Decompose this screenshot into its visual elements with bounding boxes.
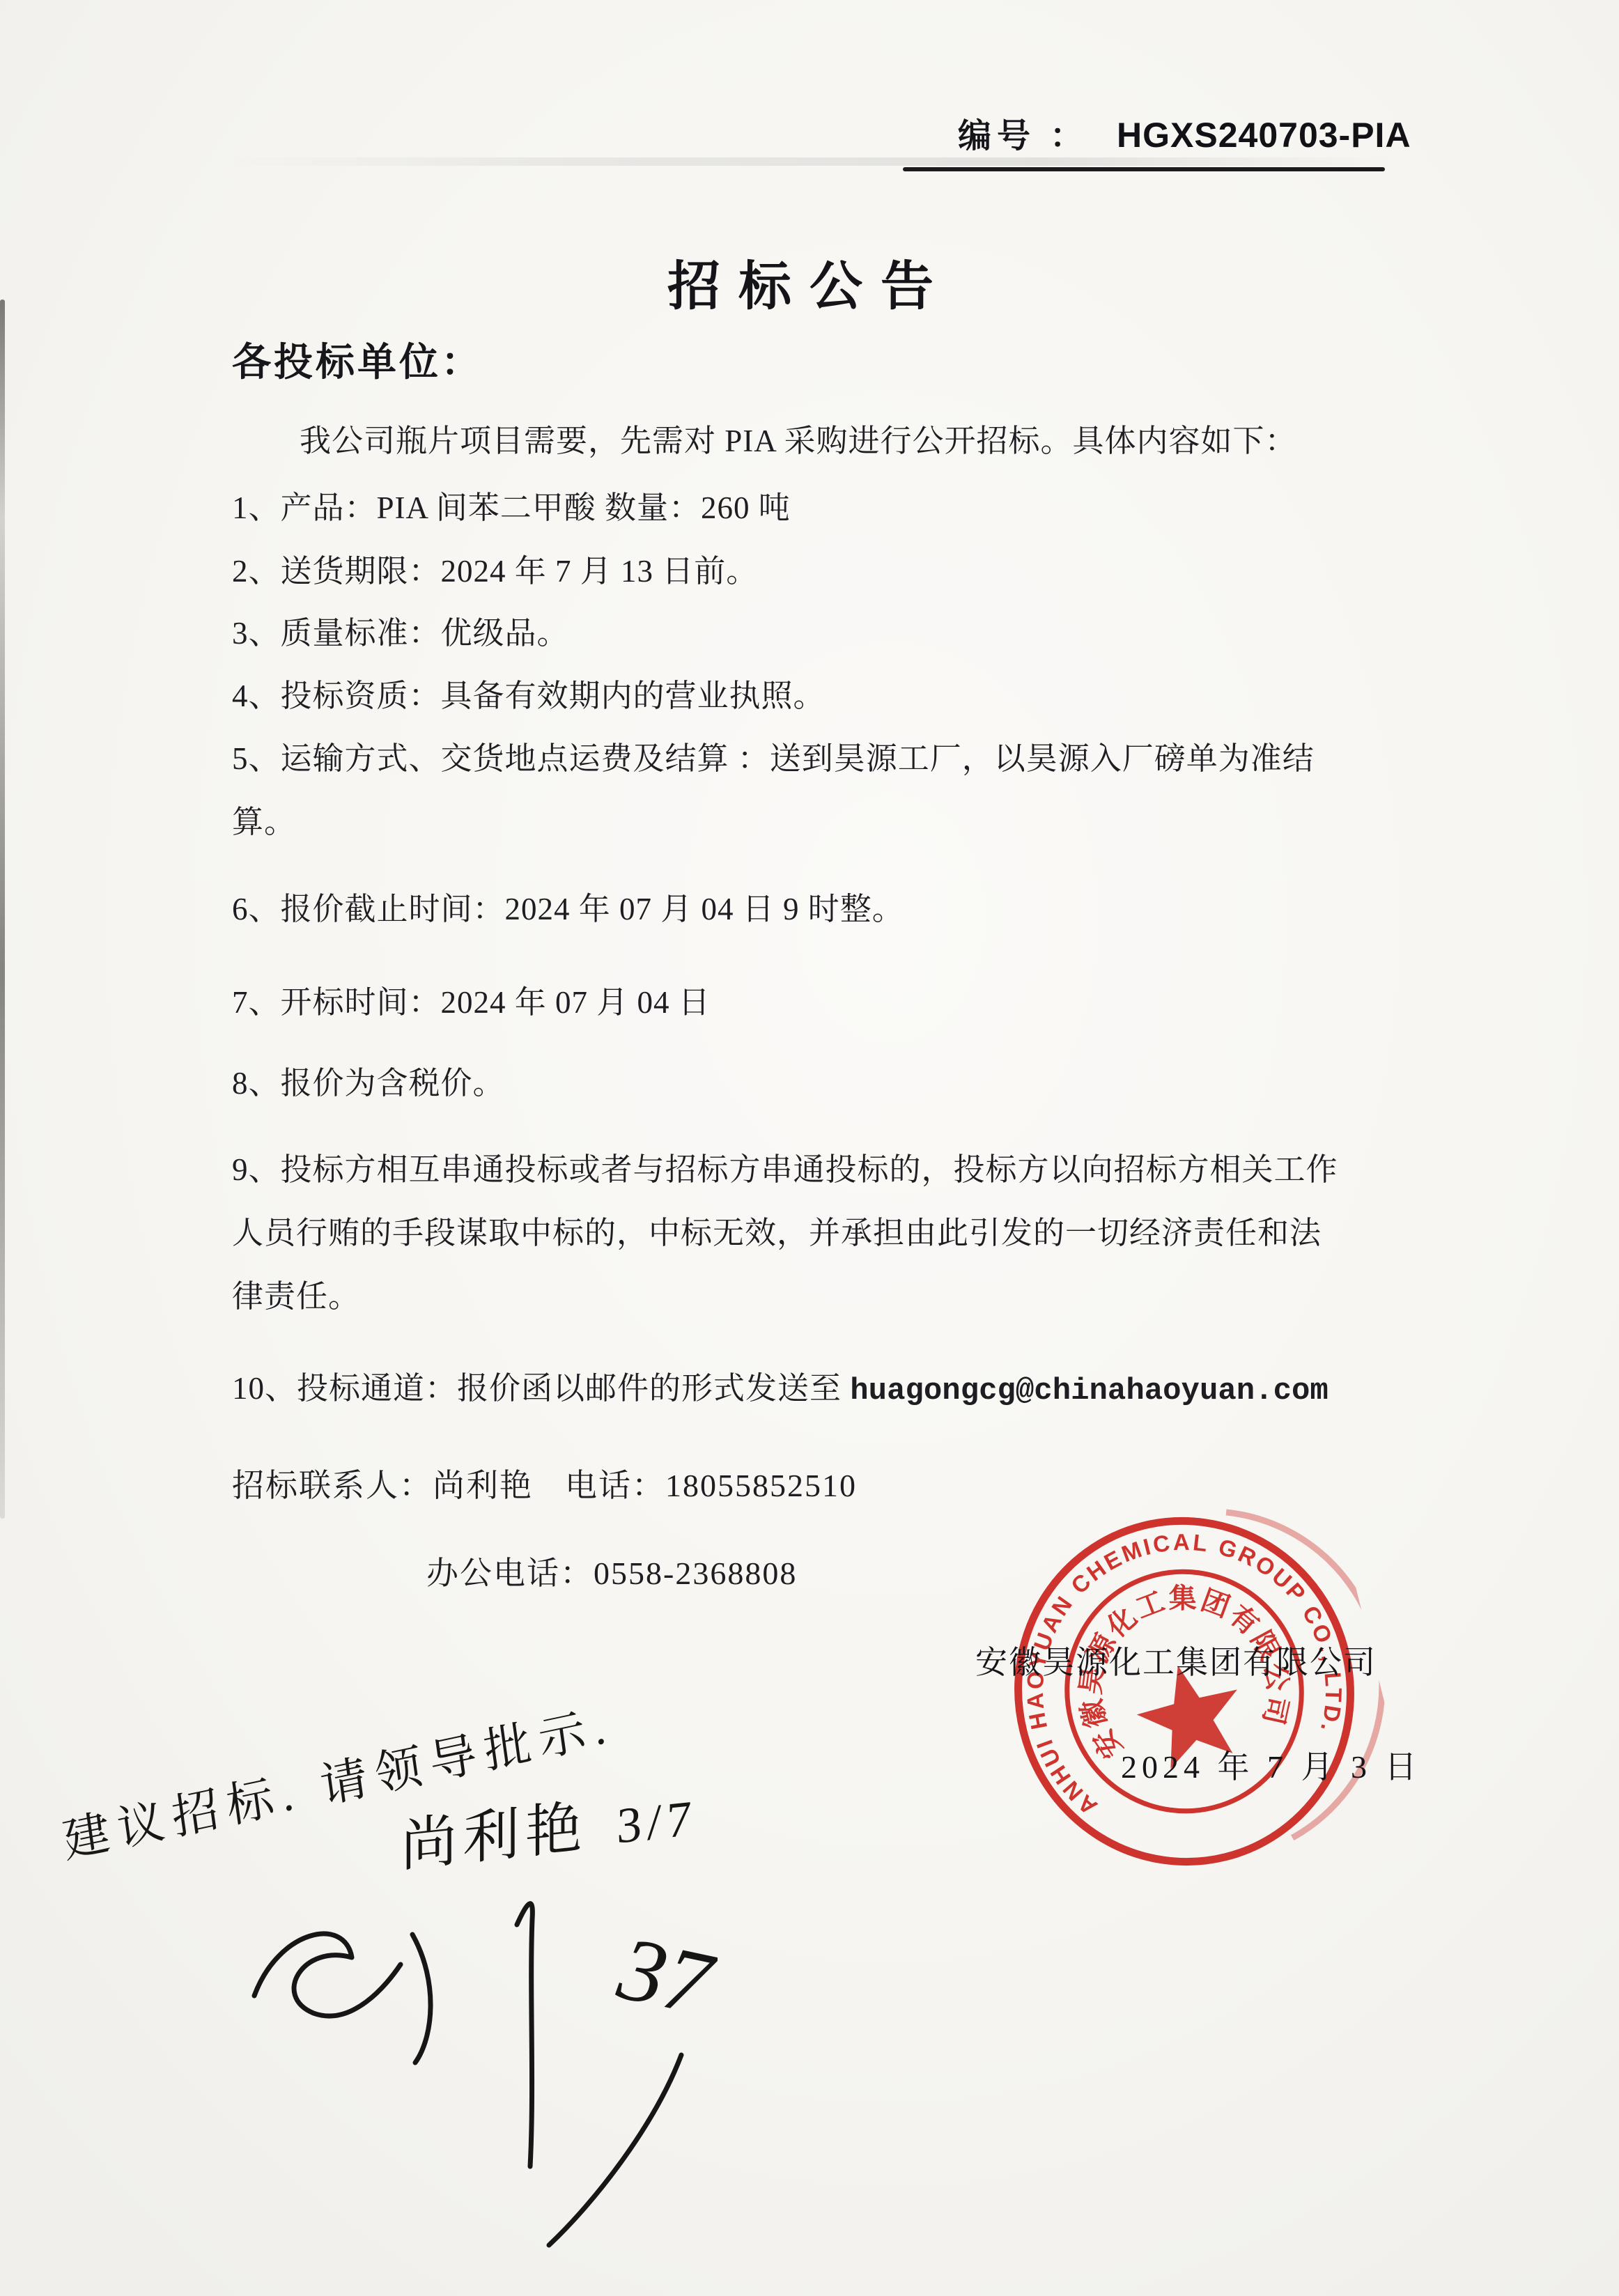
item-8-line: 8、报价为含税价。	[232, 1057, 505, 1103]
item-4-line: 4、投标资质：具备有效期内的营业执照。	[232, 670, 826, 715]
salutation: 各投标单位：	[232, 332, 483, 387]
item-7-line: 7、开标时间：2024 年 07 月 04 日	[232, 977, 711, 1022]
item-1-line: 1、产品：PIA 间苯二甲酸 数量：260 吨	[232, 482, 791, 527]
reference-number-row: 编号 ： HGXS240703-PIA	[958, 109, 1411, 157]
item-9-line-3: 律责任。	[232, 1271, 360, 1316]
seal-graphic: ANHUI HAOYUAN CHEMICAL GROUP CO., LTD. 安…	[952, 1457, 1417, 1926]
item-6-line: 6、报价截止时间：2024 年 07 月 04 日 9 时整。	[232, 883, 904, 929]
scribble-arc-stroke	[412, 1934, 431, 2063]
item-3-line: 3、质量标准：优级品。	[232, 607, 569, 653]
item-9-line-1: 9、投标方相互串通投标或者与招标方串通投标的，投标方以向招标方相关工作	[232, 1144, 1338, 1189]
item-9-line-2: 人员行贿的手段谋取中标的，中标无效，并承担由此引发的一切经济责任和法	[232, 1207, 1322, 1252]
issuing-company-name: 安徽昊源化工集团有限公司	[975, 1637, 1377, 1683]
office-phone-label: 办公电话：	[426, 1556, 594, 1591]
company-seal-stamp: ANHUI HAOYUAN CHEMICAL GROUP CO., LTD. 安…	[952, 1457, 1417, 1926]
office-phone-number: 0558-2368808	[594, 1556, 797, 1591]
scribble-loop-stroke	[254, 1934, 401, 2016]
scribble-date-digits: 37	[610, 1918, 718, 2035]
contact-name: 尚利艳	[433, 1468, 533, 1503]
page-title: 招标公告	[0, 244, 1619, 320]
intro-paragraph: 我公司瓶片项目需要，先需对 PIA 采购进行公开招标。具体内容如下：	[300, 415, 1297, 460]
issue-date: 2024 年 7 月 3 日	[1121, 1742, 1422, 1787]
bid-email-address: huagongcg@chinahaoyuan.com	[850, 1374, 1328, 1409]
contact-phone-label: 电话：	[565, 1468, 665, 1503]
item-10-prefix: 10、投标通道：报价函以邮件的形式发送至	[232, 1371, 850, 1406]
scan-edge-artifact	[0, 300, 5, 1519]
item-10-line: 10、投标通道：报价函以邮件的形式发送至 huagongcg@chinahaoy…	[232, 1363, 1328, 1409]
handwritten-signature-scribble: 37	[230, 1891, 718, 2281]
office-phone-line: 办公电话：0558-2368808	[426, 1548, 797, 1594]
item-2-line: 2、送货期限：2024 年 7 月 13 日前。	[232, 545, 758, 591]
signature-scribble-graphic: 37	[230, 1891, 718, 2281]
item-5-line-2: 算。	[232, 796, 296, 841]
contact-label: 招标联系人：	[232, 1468, 433, 1503]
signature-date: 3/7	[617, 1790, 697, 1854]
reference-number-value: HGXS240703-PIA	[1117, 115, 1411, 155]
scan-smudge	[223, 157, 1393, 166]
scanned-tender-announcement-page: 编号 ： HGXS240703-PIA 招标公告 各投标单位： 我公司瓶片项目需…	[0, 0, 1619, 2296]
signature-name: 尚利艳	[401, 1795, 588, 1879]
tender-contact-line: 招标联系人：尚利艳电话：18055852510	[232, 1460, 857, 1506]
contact-phone-number: 18055852510	[665, 1468, 857, 1503]
reference-underline	[903, 167, 1385, 171]
item-5-line-1: 5、运输方式、交货地点运费及结算 ：送到昊源工厂，以昊源入厂磅单为准结	[232, 733, 1315, 778]
scribble-tail-stroke	[549, 2055, 681, 2245]
scribble-tall-stroke	[517, 1904, 532, 2166]
reference-number-label: 编号 ：	[958, 109, 1089, 157]
